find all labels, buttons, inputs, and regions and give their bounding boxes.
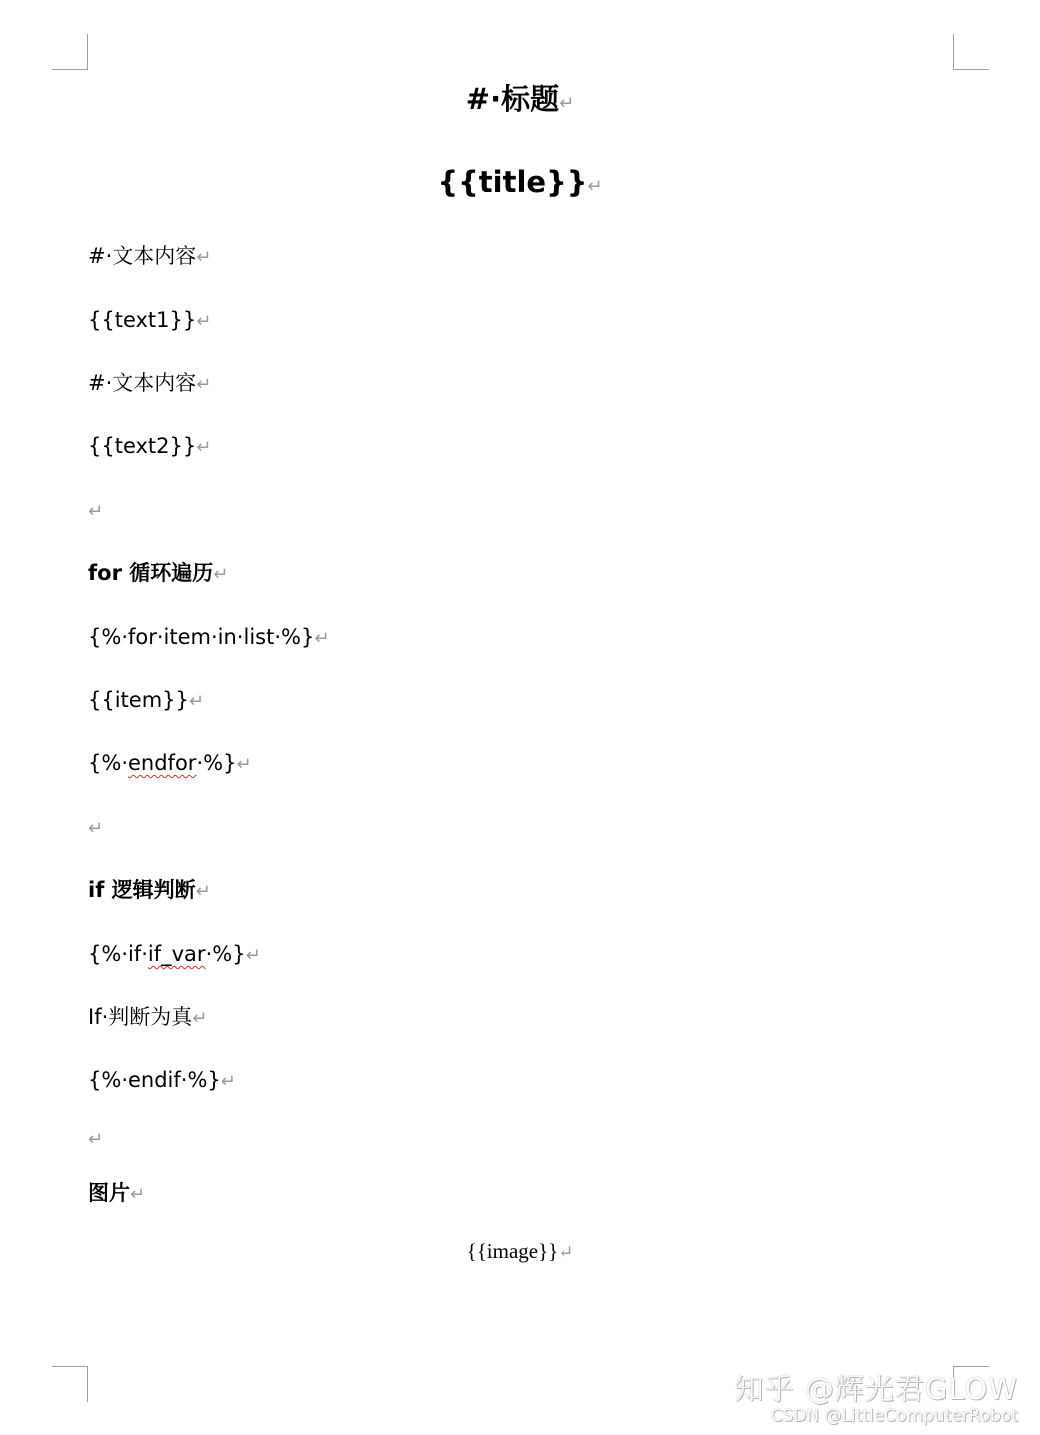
page-corner-mark-top-left [52,34,88,70]
paragraph-mark-icon: ↵ [221,1071,236,1092]
page-corner-mark-top-right [953,34,989,70]
paragraph-mark-icon: ↵ [196,881,211,902]
paragraph-mark-icon: ↵ [196,247,211,268]
if-true-text[interactable]: If·判断为真↵ [88,1004,207,1032]
paragraph-mark-icon: ↵ [88,501,103,522]
text-comment-2[interactable]: #·文本内容↵ [88,370,211,398]
for-loop-start-tag[interactable]: {%·for·item·in·list·%}↵ [88,624,329,652]
page-corner-mark-bottom-left [52,1366,88,1402]
paragraph-mark-icon: ↵ [213,564,228,585]
text1-placeholder[interactable]: {{text1}}↵ [88,307,211,335]
paragraph-mark-icon: ↵ [587,176,602,197]
image-placeholder[interactable]: {{image}}↵ [0,1238,1040,1265]
paragraph-mark-icon: ↵ [196,437,211,458]
paragraph-mark-icon: ↵ [192,1008,207,1029]
if-end-tag[interactable]: {%·endif·%}↵ [88,1067,236,1095]
spellcheck-underline[interactable]: endfor [128,751,196,775]
paragraph-mark-icon: ↵ [196,311,211,332]
heading-comment[interactable]: #·标题↵ [0,82,1040,121]
blank-paragraph[interactable]: ↵ [88,497,103,525]
paragraph-mark-icon: ↵ [236,754,251,775]
for-loop-end-tag[interactable]: {%·endfor·%}↵ [88,750,252,778]
paragraph-mark-icon: ↵ [88,1129,103,1150]
paragraph-mark-icon: ↵ [558,1242,573,1262]
watermark-zhihu: 知乎 @辉光君GLOW [735,1372,1018,1406]
paragraph-mark-icon: ↵ [246,945,261,966]
paragraph-mark-icon: ↵ [189,691,204,712]
for-loop-heading[interactable]: for 循环遍历↵ [88,560,228,588]
text-comment-1[interactable]: #·文本内容↵ [88,243,211,271]
image-heading[interactable]: 图片↵ [88,1180,145,1208]
paragraph-mark-icon: ↵ [314,628,329,649]
item-placeholder[interactable]: {{item}}↵ [88,687,204,715]
if-logic-heading[interactable]: if 逻辑判断↵ [88,877,211,905]
title-placeholder[interactable]: {{title}}↵ [0,165,1040,204]
blank-paragraph[interactable]: ↵ [88,1125,103,1153]
paragraph-mark-icon: ↵ [196,374,211,395]
paragraph-mark-icon: ↵ [559,93,574,114]
if-start-tag[interactable]: {%·if·if_var·%}↵ [88,941,261,969]
watermark: 知乎 @辉光君GLOW CSDN @LittleComputerRobot [735,1372,1018,1426]
spellcheck-underline[interactable]: if_var [148,942,206,966]
paragraph-mark-icon: ↵ [88,818,103,839]
text2-placeholder[interactable]: {{text2}}↵ [88,433,211,461]
blank-paragraph[interactable]: ↵ [88,814,103,842]
watermark-csdn: CSDN @LittleComputerRobot [735,1406,1018,1426]
paragraph-mark-icon: ↵ [130,1184,145,1205]
